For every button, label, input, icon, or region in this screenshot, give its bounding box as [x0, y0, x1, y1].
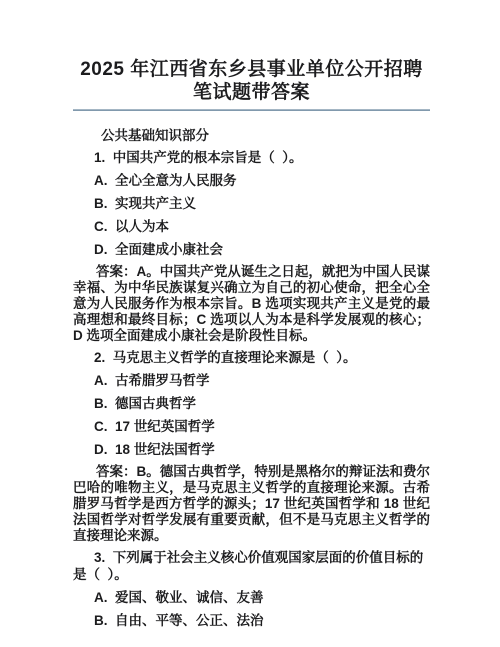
question-2-option-c: C. 17 世纪英国哲学 [73, 418, 430, 435]
question-2-answer: 答案：B。德国古典哲学，特别是黑格尔的辩证法和费尔巴哈的唯物主义，是马克思主义哲… [73, 464, 430, 544]
question-1-option-b: B. 实现共产主义 [73, 195, 430, 212]
title-divider [73, 109, 430, 111]
question-1-option-a: A. 全心全意为人民服务 [73, 172, 430, 189]
question-1-option-c: C. 以人为本 [73, 218, 430, 235]
document-title: 2025 年江西省东乡县事业单位公开招聘笔试题带答案 [73, 58, 430, 104]
question-2-option-a: A. 古希腊罗马哲学 [73, 372, 430, 389]
question-1-answer: 答案：A。中国共产党从诞生之日起，就把为中国人民谋幸福、为中华民族谋复兴确立为自… [73, 264, 430, 344]
question-3-option-a: A. 爱国、敬业、诚信、友善 [73, 589, 430, 606]
question-3-option-b: B. 自由、平等、公正、法治 [73, 612, 430, 629]
section-heading: 公共基础知识部分 [73, 127, 430, 144]
question-3-stem: 3. 下列属于社会主义核心价值观国家层面的价值目标的是（ ）。 [73, 549, 430, 583]
question-2-option-b: B. 德国古典哲学 [73, 395, 430, 412]
question-2-option-d: D. 18 世纪法国哲学 [73, 441, 430, 458]
question-1-option-d: D. 全面建成小康社会 [73, 241, 430, 258]
question-1-stem: 1. 中国共产党的根本宗旨是（ ）。 [73, 149, 430, 166]
question-2-stem: 2. 马克思主义哲学的直接理论来源是（ ）。 [73, 349, 430, 366]
document-page: 2025 年江西省东乡县事业单位公开招聘笔试题带答案 公共基础知识部分 1. 中… [0, 0, 500, 647]
